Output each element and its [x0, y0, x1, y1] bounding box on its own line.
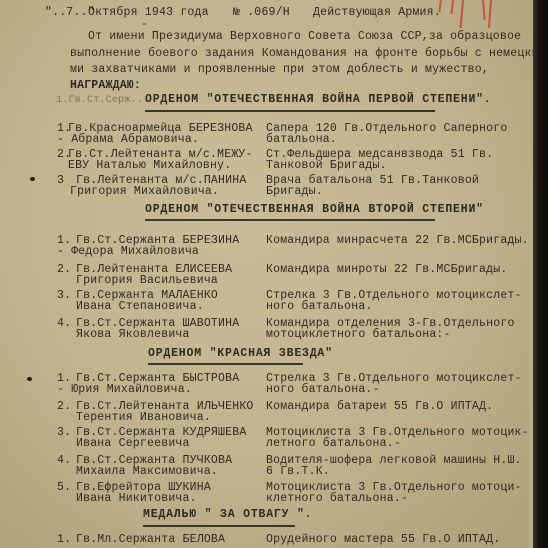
preamble-line-1: От имени Президиума Верховного Совета Со… [88, 30, 521, 43]
ink-spot [27, 377, 32, 381]
heading-underline [145, 219, 435, 221]
recipient-name-line2: Якова Яковлевича [76, 328, 190, 341]
section-heading-bravery-medal: МЕДАЛЬЮ " ЗА ОТВАГУ ". [143, 508, 312, 521]
order-number: № .069/Н [233, 6, 290, 19]
entry-number: 3. [57, 289, 71, 302]
scan-border [533, 0, 548, 548]
ink-spot [30, 177, 35, 181]
date-month-year: Октября 1943 года [88, 6, 209, 19]
recipient-role-line1: Командира минрасчета 22 Гв.МСБригады. [266, 234, 529, 247]
location: Действующая Армия. [313, 6, 441, 19]
entry-number: 3 [57, 174, 64, 187]
recipient-role-line1: Командира минроты 22 Гв.МСБригады. [266, 263, 507, 276]
section-heading-red-star: ОРДЕНОМ "КРАСНАЯ ЗВЕЗДА" [148, 347, 333, 360]
recipient-name-line2: Ивана Степановича. [76, 300, 204, 313]
recipient-name-line2: Ивана Никитовича. [76, 492, 197, 505]
section-heading-ow1: ОРДЕНОМ "ОТЕЧЕСТВЕННАЯ ВОЙНА ПЕРВОЙ СТЕП… [145, 93, 492, 106]
recipient-name-line2: - Федора Михайловича [57, 245, 199, 258]
recipient-name-line2: Михаила Максимовича. [76, 465, 218, 478]
red-pencil-mark [451, 0, 454, 14]
preamble-line-3: ми захватчиками и проявленные при этом д… [70, 63, 489, 76]
recipient-role-line2: ного батальона. [266, 300, 373, 313]
recipient-name-line1: Гв.Мл.Сержанта БЕЛОВА [76, 533, 225, 546]
recipient-name-line2: - Юрия Михайловича. [57, 383, 192, 396]
red-pencil-mark [488, 0, 492, 28]
heading-underline [148, 363, 303, 365]
entry-number: 5. [57, 481, 71, 494]
recipient-name-line2: - Абрама Абрамовича. [57, 133, 199, 146]
recipient-role-line2: Бригады. [266, 185, 323, 198]
recipient-role-line2: летного батальона.- [266, 437, 401, 450]
recipient-name-line2: Ивана Сергеевича [76, 437, 190, 450]
heading-underline [143, 525, 295, 527]
entry-number: 2. [57, 263, 71, 276]
red-pencil-mark [482, 0, 486, 20]
recipient-role-line2: 6 Гв.Т.К. [266, 465, 330, 478]
heading-underline [145, 110, 435, 112]
recipient-role-line2: батальона. [266, 133, 337, 146]
entry-number: 4. [57, 454, 71, 467]
entry-number: 2. [57, 400, 71, 413]
recipient-name-line2: Григория Михайловича. [70, 185, 219, 198]
recipient-role-line1: Командира батареи 55 Гв.О ИПТАД. [266, 400, 493, 413]
recipient-role-line2: клетного батальона.- [266, 492, 408, 505]
preamble-line-2: выполнение боевого задания Командования … [70, 47, 533, 60]
recipient-name-line2: ЕВУ Наталью Михайловну. [68, 159, 231, 172]
section-heading-ow2: ОРДЕНОМ "ОТЕЧЕСТВЕННАЯ ВОЙНА ВТОРОЙ СТЕП… [145, 203, 484, 216]
recipient-role-line2: Танковой Бригады. [266, 159, 387, 172]
recipient-role-line2: мотоциклетного батальона:- [266, 328, 451, 341]
faint-margin-text: 1.Гв.Ст.Серж... [56, 95, 149, 106]
recipient-name-line2: Григория Васильевича [76, 274, 218, 287]
recipient-role-line2: ного батальона.- [266, 383, 380, 396]
awarded-label: НАГРАЖДАЮ: [70, 79, 141, 92]
entry-number: 4. [57, 317, 71, 330]
recipient-name-line2: Терентия Ивановича. [76, 411, 211, 424]
recipient-role-line1: Орудейного мастера 55 Гв.О ИПТАД. [266, 533, 500, 546]
entry-number: 1. [57, 533, 71, 546]
document-page: "..7.." Октября 1943 года № .069/Н Дейст… [0, 0, 533, 548]
red-pencil-mark [460, 0, 464, 28]
entry-number: 3. [57, 426, 71, 439]
